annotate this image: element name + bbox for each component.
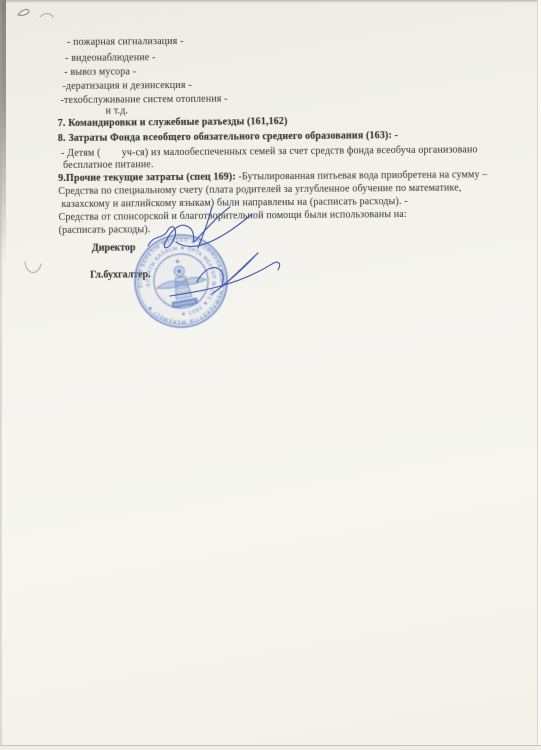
doc-line-0: - пожарная сигнализация - [67,36,184,49]
scanned-page: - пожарная сигнализация - - видеонаблюде… [0,0,541,750]
doc-line-2: - вывоз мусора - [64,66,136,79]
doc-line-6: 7. Командировки и служебные разъезды (16… [58,116,288,130]
doc-line-1: - видеонаблюдение - [65,52,155,65]
round-stamp: БІЛІМ БЕРЕТІН МЕКТЕП ★ КОММУНАЛДЫҚ МЕМЛЕ… [128,228,235,335]
doc-line-8: - Детям ( уч-ся) из малообеспеченных сем… [61,144,478,160]
doc-line-3: -дератизация и дезинсекция - [62,80,191,93]
doc-line-9: бесплатное питание. [63,159,154,172]
document-text-block: - пожарная сигнализация - - видеонаблюде… [0,0,541,750]
doc-line-4: -техобслуживание систем отопления - [60,94,227,107]
doc-line-7: 8. Затраты Фонда всеобщего обязательного… [58,130,398,145]
doc-line-5: и т.д. [106,105,129,117]
stamp-and-signatures: БІЛІМ БЕРЕТІН МЕКТЕП ★ КОММУНАЛДЫҚ МЕМЛЕ… [120,195,300,335]
